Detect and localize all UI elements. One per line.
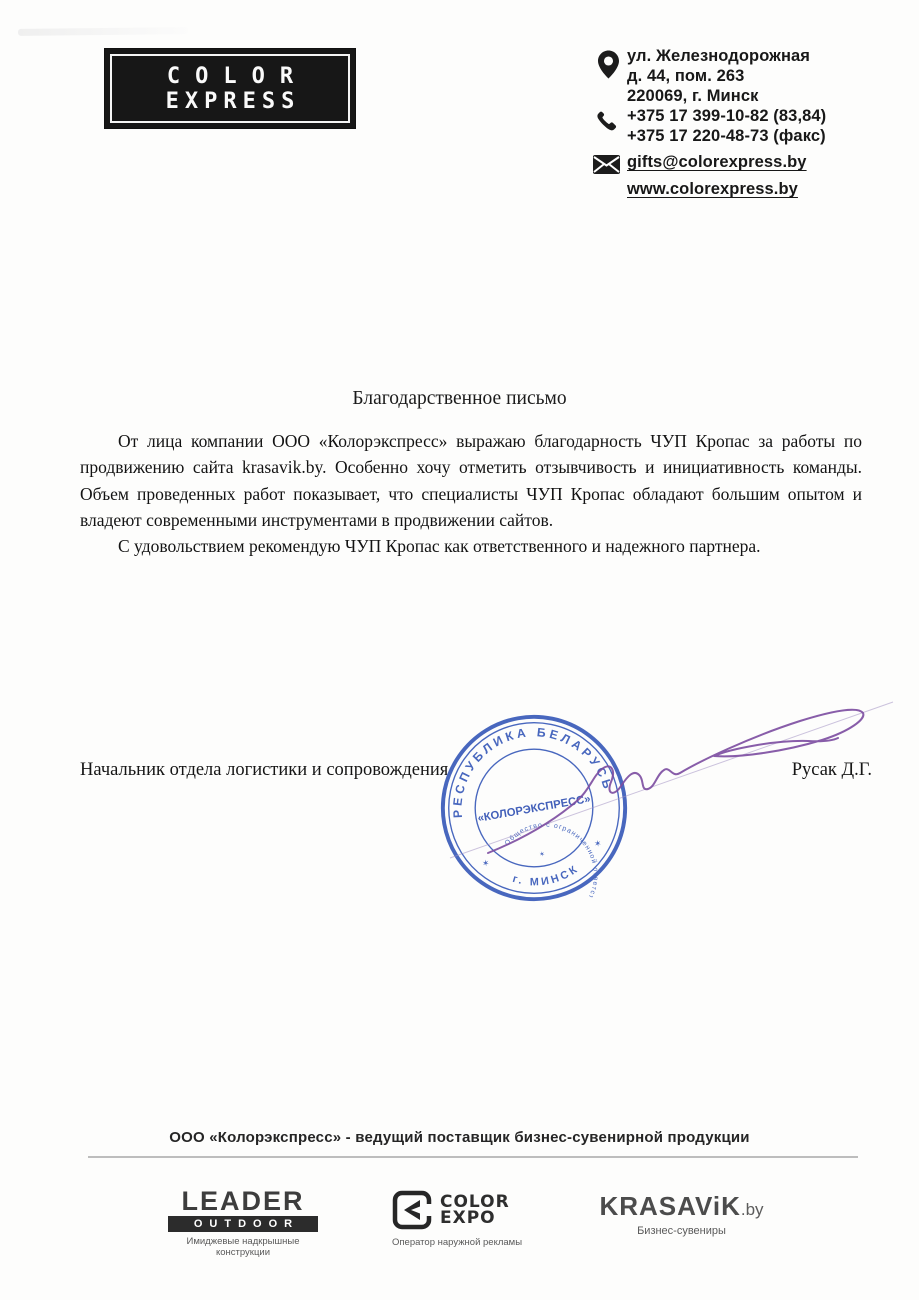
leader-logo-bar: OUTDOOR xyxy=(168,1216,318,1232)
phone-line: +375 17 220-48-73 (факс) xyxy=(627,126,826,146)
leader-logo-caption: конструкции xyxy=(168,1247,318,1258)
address-block: ул. Железнодорожная д. 44, пом. 263 2200… xyxy=(627,46,810,106)
krasavik-logo-name: KRASAViK xyxy=(599,1191,740,1221)
logo-text-express: EXPRESS xyxy=(160,89,301,114)
website-link[interactable]: www.colorexpress.by xyxy=(627,180,798,198)
colorexpress-logo-frame: COLOR EXPRESS xyxy=(110,54,350,123)
leader-logo-name: LEADER xyxy=(168,1188,318,1215)
colorexpress-logo: COLOR EXPRESS xyxy=(104,48,356,129)
signature-faint-stroke xyxy=(450,702,893,858)
letter-paragraph: С удовольствием рекомендую ЧУП Кропас ка… xyxy=(80,533,862,559)
web-contact-block: gifts@colorexpress.by www.colorexpress.b… xyxy=(627,149,807,203)
krasavik-logo: KRASAViK.by Бизнес-сувениры xyxy=(584,1192,779,1237)
colorexpo-icon xyxy=(392,1190,432,1230)
leader-logo-caption: Имиджевые надкрышные xyxy=(168,1236,318,1247)
signature-main-stroke xyxy=(488,710,863,853)
handwritten-signature xyxy=(430,688,905,873)
colorexpo-logo-line2: EXPO xyxy=(440,1210,510,1226)
envelope-icon xyxy=(593,155,620,174)
address-line: ул. Железнодорожная xyxy=(627,46,810,66)
phone-icon xyxy=(596,110,618,132)
colorexpo-logo: COLOR EXPO Оператор наружной рекламы xyxy=(392,1190,567,1248)
address-line: 220069, г. Минск xyxy=(627,86,810,106)
phone-block: +375 17 399-10-82 (83,84) +375 17 220-48… xyxy=(627,106,826,146)
email-link[interactable]: gifts@colorexpress.by xyxy=(627,153,807,171)
letter-body: От лица компании ООО «Колорэкспресс» выр… xyxy=(80,428,862,559)
letter-title: Благодарственное письмо xyxy=(0,388,919,410)
phone-line: +375 17 399-10-82 (83,84) xyxy=(627,106,826,126)
letter-paragraph: От лица компании ООО «Колорэкспресс» выр… xyxy=(80,428,862,533)
leader-outdoor-logo: LEADER OUTDOOR Имиджевые надкрышные конс… xyxy=(168,1188,318,1258)
krasavik-logo-caption: Бизнес-сувениры xyxy=(584,1226,779,1237)
footer-divider xyxy=(88,1156,858,1158)
krasavik-logo-tld: .by xyxy=(741,1200,764,1219)
signer-title: Начальник отдела логистики и сопровожден… xyxy=(80,760,448,781)
location-pin-icon xyxy=(598,50,619,79)
address-line: д. 44, пом. 263 xyxy=(627,66,810,86)
colorexpo-logo-caption: Оператор наружной рекламы xyxy=(392,1237,567,1248)
footer-tagline: ООО «Колорэкспресс» - ведущий поставщик … xyxy=(0,1129,919,1146)
scan-artifact xyxy=(18,27,188,36)
logo-text-color: COLOR xyxy=(152,64,308,89)
